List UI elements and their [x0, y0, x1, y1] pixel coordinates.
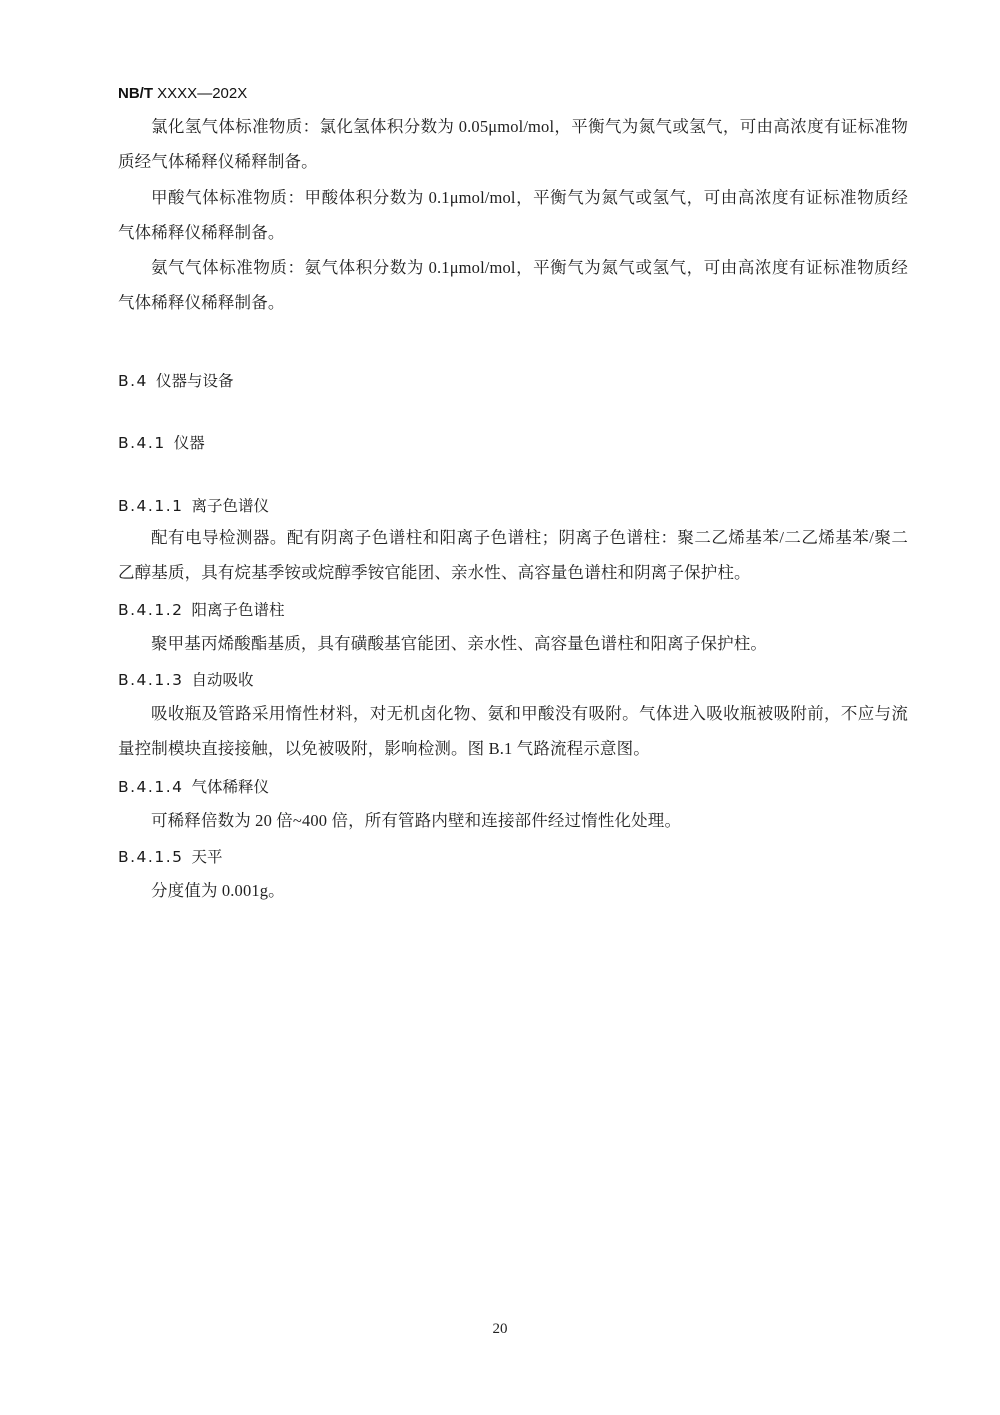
paragraph-balance: 分度值为 0.001g。 — [118, 873, 908, 908]
heading-b415: B.4.1.5天平 — [118, 845, 223, 867]
paragraph-gas-diluter: 可稀释倍数为 20 倍~400 倍，所有管路内壁和连接部件经过惰性化处理。 — [118, 803, 908, 838]
heading-b414: B.4.1.4气体稀释仪 — [118, 775, 269, 797]
standard-code: NB/T — [118, 85, 153, 102]
heading-b41: B.4.1仪器 — [118, 431, 205, 453]
section-number: B.4.1.2 — [118, 601, 184, 619]
heading-b413: B.4.1.3自动吸收 — [118, 668, 254, 690]
paragraph-cation-column: 聚甲基丙烯酸酯基质，具有磺酸基官能团、亲水性、高容量色谱柱和阳离子保护柱。 — [118, 626, 908, 661]
page-number: 20 — [0, 1321, 1000, 1338]
section-number: B.4.1.1 — [118, 497, 184, 515]
heading-b411: B.4.1.1离子色谱仪 — [118, 494, 269, 516]
section-title: 仪器与设备 — [156, 372, 234, 390]
page-header: NB/T XXXX—202X — [118, 85, 247, 102]
section-title: 仪器 — [174, 434, 205, 452]
standard-number: XXXX—202X — [157, 85, 247, 102]
section-title: 气体稀释仪 — [192, 778, 270, 796]
section-number: B.4.1.3 — [118, 671, 184, 689]
section-title: 阳离子色谱柱 — [192, 601, 285, 619]
paragraph-ion-chromatograph: 配有电导检测器。配有阴离子色谱柱和阳离子色谱柱；阴离子色谱柱：聚二乙烯基苯/二乙… — [118, 520, 908, 590]
heading-b4: B.4仪器与设备 — [118, 369, 233, 391]
heading-b412: B.4.1.2阳离子色谱柱 — [118, 598, 285, 620]
paragraph-auto-absorption: 吸收瓶及管路采用惰性材料，对无机卤化物、氨和甲酸没有吸附。气体进入吸收瓶被吸附前… — [118, 696, 908, 766]
paragraph-formic-acid-standard: 甲酸气体标准物质：甲酸体积分数为 0.1μmol/mol，平衡气为氮气或氢气，可… — [118, 180, 908, 250]
section-number: B.4.1.5 — [118, 848, 184, 866]
section-number: B.4 — [118, 372, 148, 390]
section-title: 离子色谱仪 — [192, 497, 270, 515]
section-number: B.4.1 — [118, 434, 166, 452]
section-title: 天平 — [192, 848, 223, 866]
paragraph-hcl-standard: 氯化氢气体标准物质：氯化氢体积分数为 0.05μmol/mol，平衡气为氮气或氢… — [118, 109, 908, 179]
paragraph-ammonia-standard: 氨气气体标准物质：氨气体积分数为 0.1μmol/mol，平衡气为氮气或氢气，可… — [118, 250, 908, 320]
section-title: 自动吸收 — [192, 671, 254, 689]
section-number: B.4.1.4 — [118, 778, 184, 796]
